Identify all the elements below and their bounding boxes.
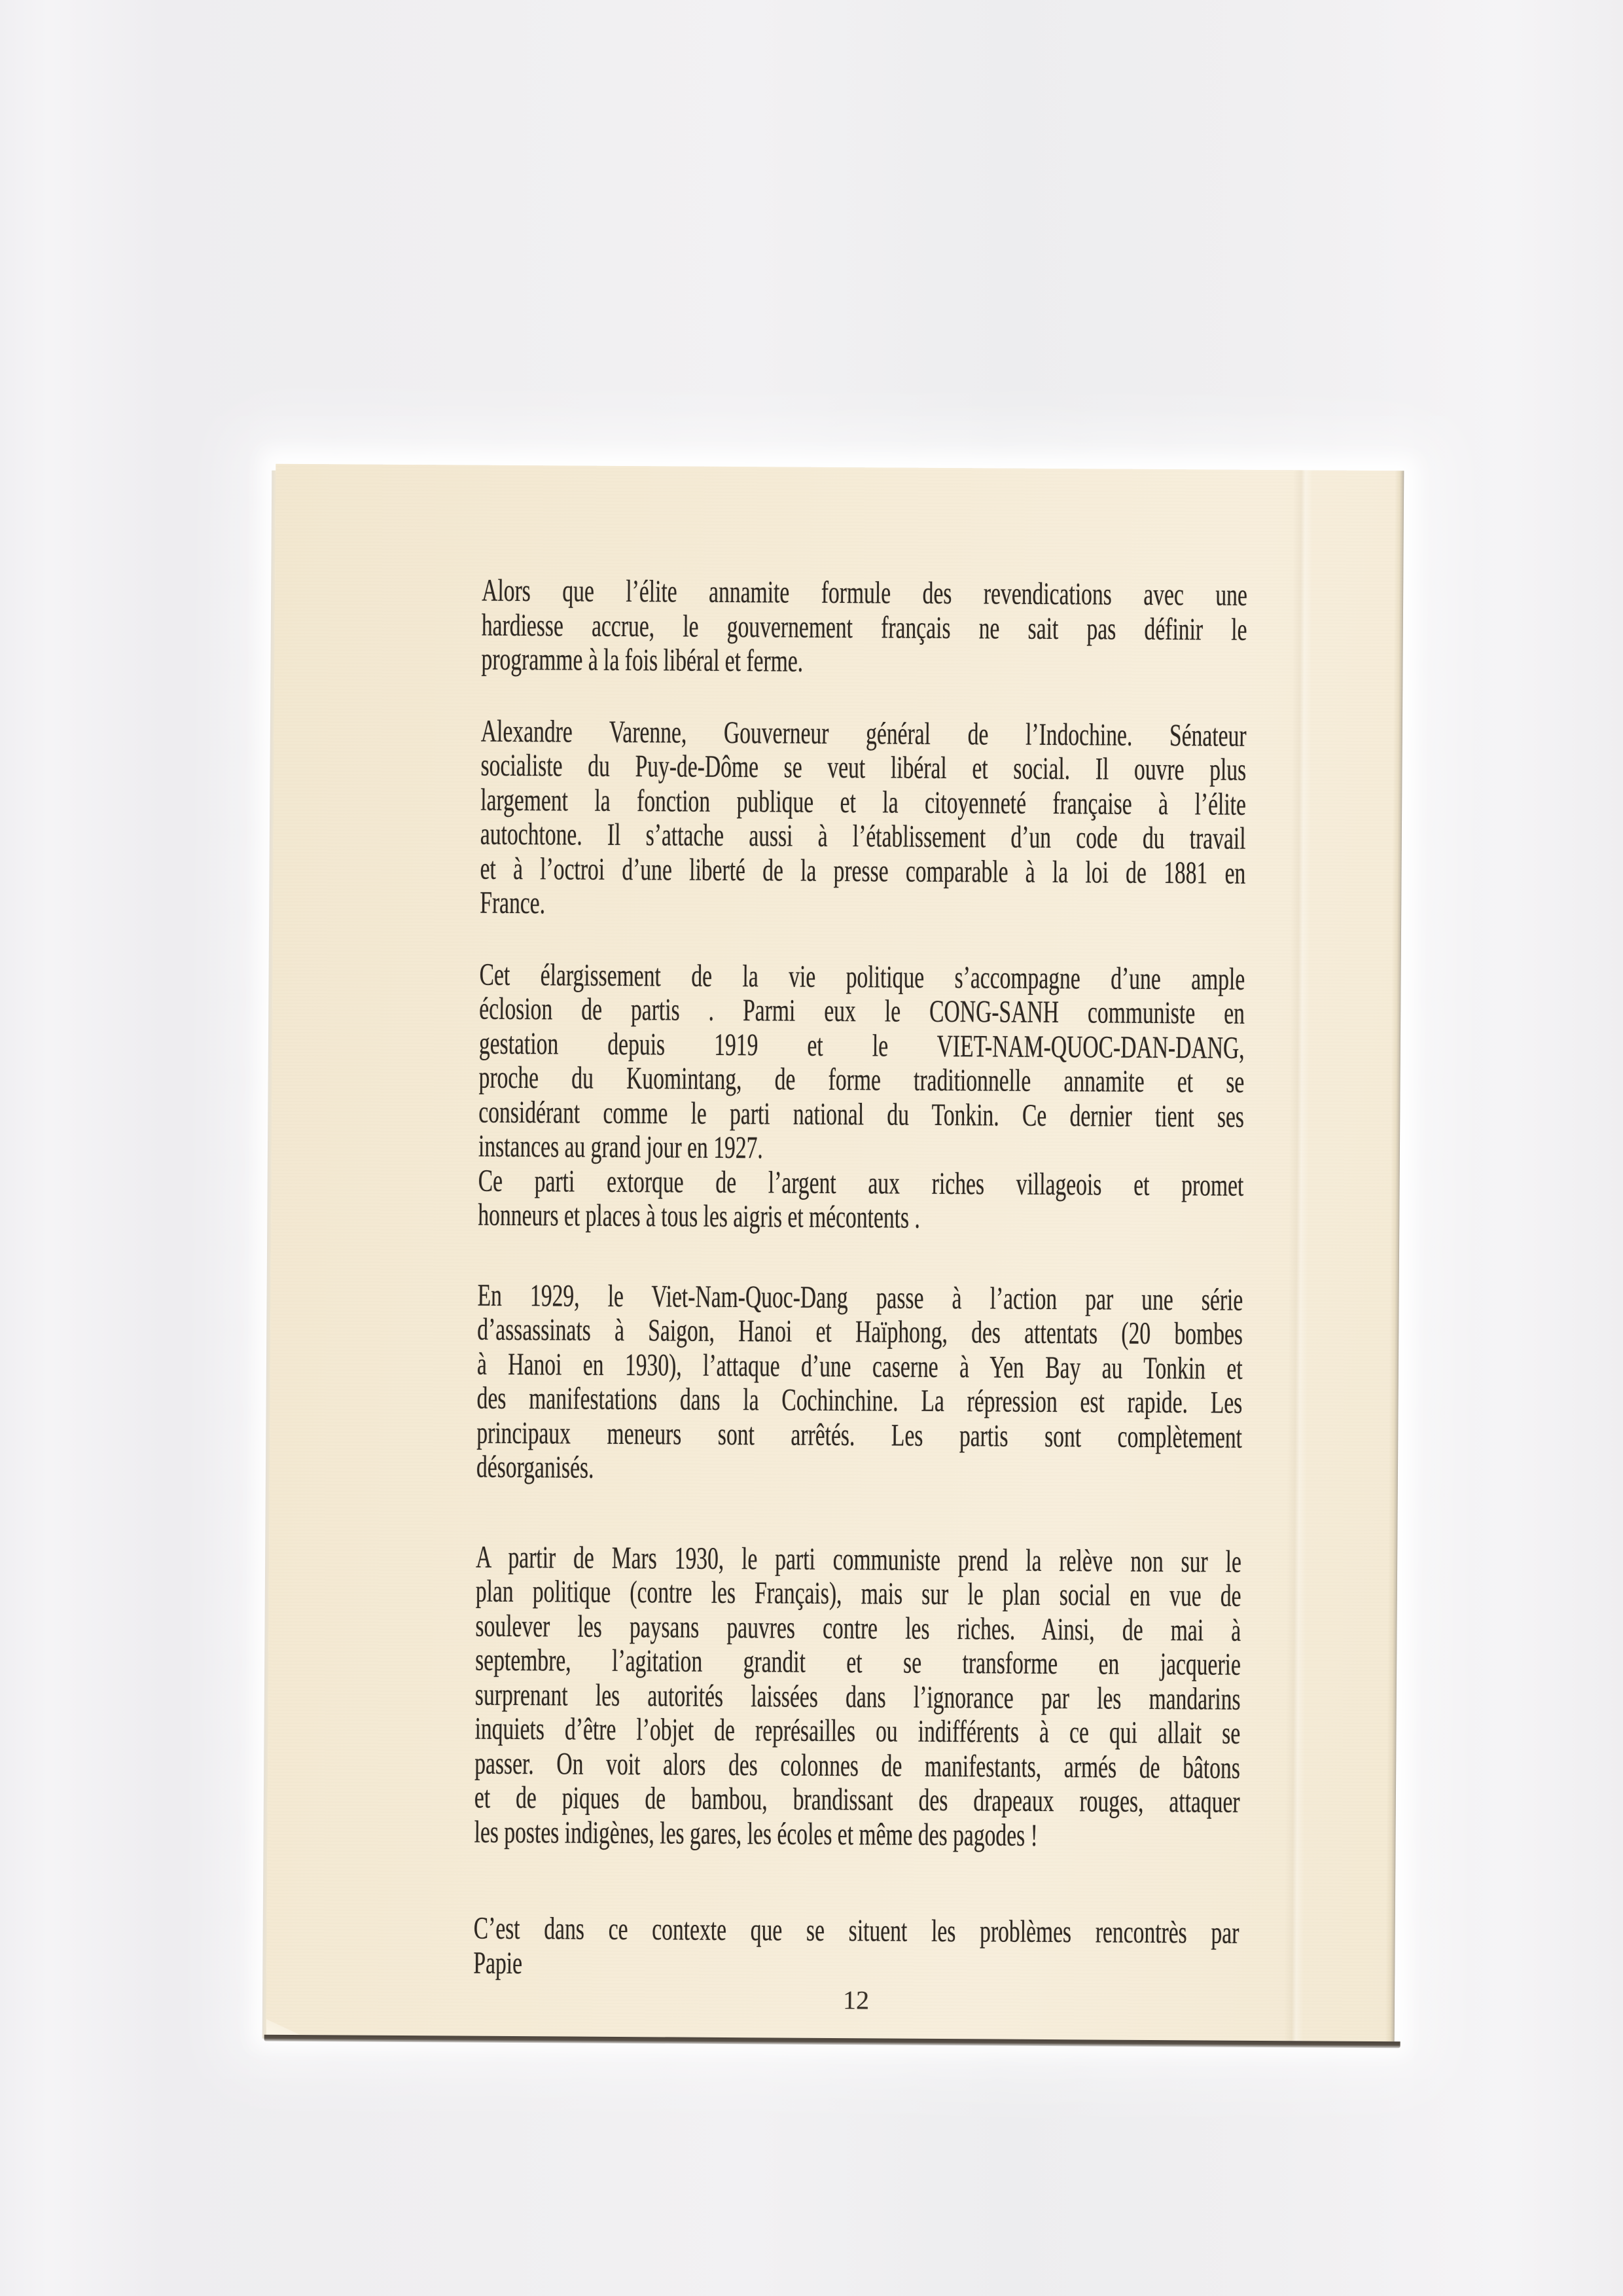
text-line: Alexandre Varenne, Gouverneur général de… [481, 714, 1247, 753]
text-line: gestation depuis 1919 et le VIET-NAM-QUO… [479, 1026, 1245, 1066]
paragraph: Cet élargissement de la vie politique s’… [478, 958, 1245, 1237]
text-line: considérant comme le parti national du T… [478, 1095, 1244, 1134]
text-line: C’est dans ce contexte que se situent le… [474, 1912, 1240, 1951]
paragraph: En 1929, le Viet-Nam-Quoc-Dang passe à l… [476, 1278, 1243, 1489]
text-line: Ce parti extorque de l’argent aux riches… [478, 1164, 1243, 1203]
text-line: Cet élargissement de la vie politique s’… [479, 958, 1245, 997]
paragraph: Alors que l’élite annamite formule des r… [481, 574, 1247, 682]
text-line: largement la fonction publique et la cit… [480, 783, 1246, 822]
corner-fold [266, 2013, 300, 2035]
paragraph: Alexandre Varenne, Gouverneur général de… [480, 714, 1247, 925]
text-line: principaux meneurs sont arrêtés. Les par… [476, 1416, 1242, 1455]
paragraph: A partir de Mars 1930, le parti communis… [474, 1540, 1241, 1854]
text-line: à Hanoi en 1930), l’attaque d’une casern… [477, 1347, 1243, 1386]
text-line: autochtone. Il s’attache aussi à l’établ… [480, 817, 1246, 857]
text-line: plan politique (contre les Français), ma… [476, 1575, 1241, 1614]
scanner-background: Alors que l’élite annamite formule des r… [0, 0, 1623, 2296]
text-line: passer. On voit alors des colonnes de ma… [474, 1746, 1240, 1785]
paper-crease [1284, 470, 1313, 2041]
text-line: Papie [473, 1946, 1239, 1985]
text-line: septembre, l’agitation grandit et se tra… [475, 1643, 1241, 1683]
text-line: et à l’octroi d’une liberté de la presse… [480, 852, 1245, 891]
text-line: En 1929, le Viet-Nam-Quoc-Dang passe à l… [477, 1278, 1243, 1318]
text-line: et de piques de bambou, brandissant des … [474, 1781, 1240, 1820]
text-line: inquiets d’être l’objet de représailles … [474, 1712, 1240, 1751]
text-line: socialiste du Puy-de-Dôme se veut libéra… [480, 749, 1246, 788]
text-line: surprenant les autorités laissées dans l… [475, 1677, 1241, 1717]
text-line: Alors que l’élite annamite formule des r… [482, 574, 1247, 613]
text-line: hardiesse accrue, le gouvernement frança… [482, 608, 1247, 647]
page-left-edge [262, 471, 276, 2039]
text-column: Alors que l’élite annamite formule des r… [473, 574, 1247, 1985]
text-line: A partir de Mars 1930, le parti communis… [476, 1540, 1241, 1579]
text-line: les postes indigènes, les gares, les éco… [474, 1815, 1240, 1854]
scanned-page: Alors que l’élite annamite formule des r… [266, 464, 1404, 2041]
text-line: proche du Kuomintang, de forme tradition… [478, 1061, 1244, 1100]
text-line: honneurs et places à tous les aigris et … [478, 1198, 1243, 1238]
text-line: désorganisés. [476, 1450, 1242, 1490]
text-line: d’assassinats à Saigon, Hanoi et Haïphon… [477, 1313, 1243, 1352]
text-line: France. [480, 886, 1245, 925]
text-line: des manifestations dans la Cochinchine. … [476, 1382, 1242, 1421]
text-line: soulever les paysans pauvres contre les … [475, 1609, 1241, 1648]
body-text: Alors que l’élite annamite formule des r… [473, 574, 1247, 1985]
text-line: instances au grand jour en 1927. [478, 1130, 1244, 1169]
text-line: programme à la fois libéral et ferme. [481, 643, 1247, 682]
page-number: 12 [473, 1982, 1239, 2018]
text-line: éclosion de partis . Parmi eux le CONG-S… [479, 992, 1245, 1031]
paragraph: C’est dans ce contexte que se situent le… [473, 1912, 1239, 1985]
page-right-edge [1385, 471, 1404, 2041]
